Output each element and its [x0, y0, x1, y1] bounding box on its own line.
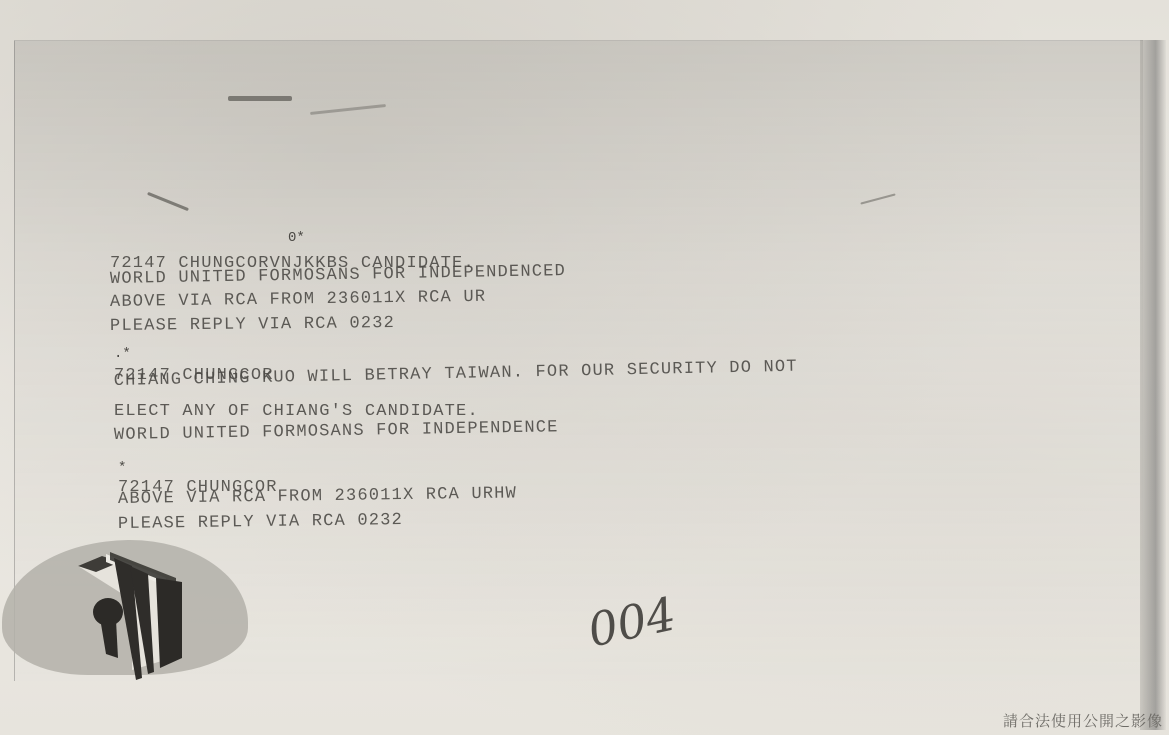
block-marker: .* [114, 346, 131, 362]
telex-line: ELECT ANY OF CHIANG'S CANDIDATE. [114, 402, 479, 421]
archive-logo-icon [70, 548, 190, 688]
ink-smudge [228, 96, 292, 101]
block-marker: * [118, 460, 126, 476]
scanned-document-page: 0* 72147 CHUNGCORVNJKKBS CANDIDATE. WORL… [0, 0, 1169, 735]
usage-watermark: 請合法使用公開之影像 [1003, 710, 1163, 731]
block-marker: 0* [288, 230, 305, 246]
telex-line: PLEASE REPLY VIA RCA 0232 [118, 511, 403, 534]
telex-line: PLEASE REPLY VIA RCA 0232 [110, 314, 395, 336]
paper-edge-shadow [1140, 40, 1166, 730]
